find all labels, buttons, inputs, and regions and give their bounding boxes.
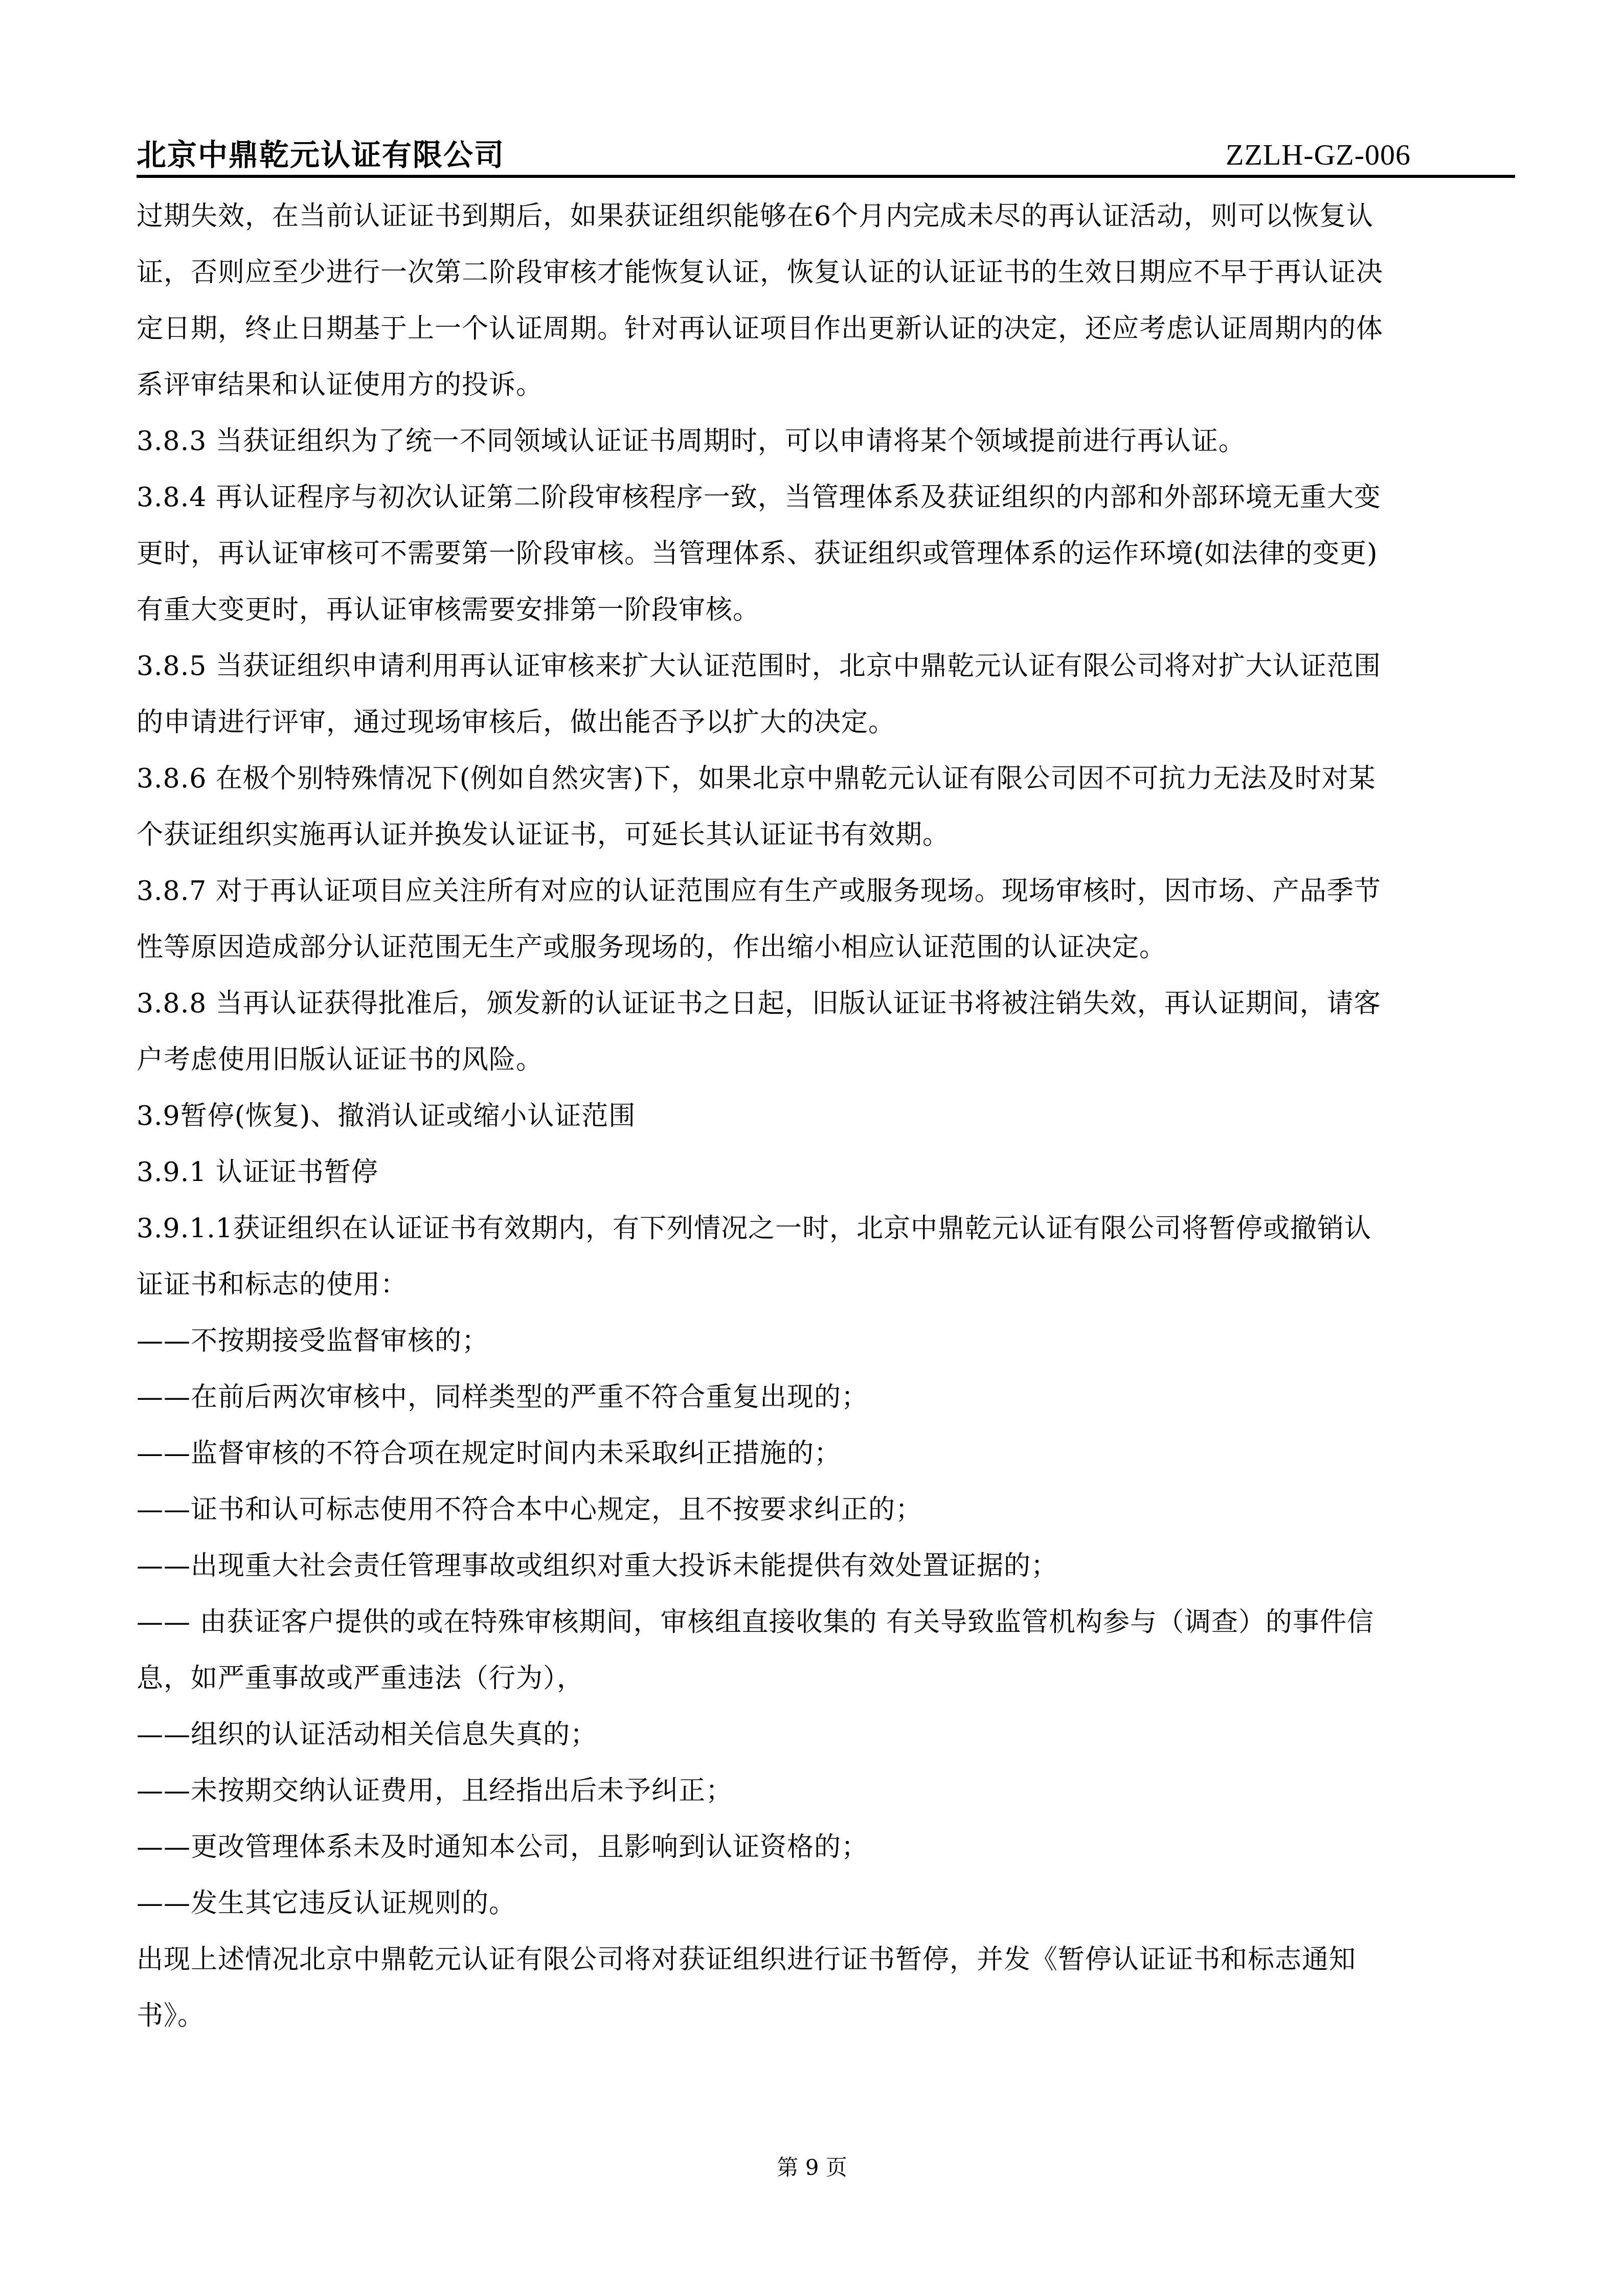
document-page: 北京中鼎乾元认证有限公司 ZZLH-GZ-006 过期失效，在当前认证证书到期后… — [0, 0, 1624, 2296]
section-heading-3-9: 3.9暂停(恢复)、撤消认证或缩小认证范围 — [137, 1088, 1517, 1144]
header-divider — [137, 175, 1515, 178]
list-item: ——出现重大社会责任管理事故或组织对重大投诉未能提供有效处置证据的； — [137, 1538, 1517, 1594]
paragraph-line: 系评审结果和认证使用方的投诉。 — [137, 357, 1517, 413]
paragraph-line: 户考虑使用旧版认证证书的风险。 — [137, 1032, 1517, 1088]
paragraph-line: 证证书和标志的使用： — [137, 1257, 1517, 1313]
page-header: 北京中鼎乾元认证有限公司 ZZLH-GZ-006 — [137, 132, 1515, 173]
list-item: ——发生其它违反认证规则的。 — [137, 1875, 1517, 1931]
header-document-code: ZZLH-GZ-006 — [1226, 137, 1411, 173]
clause-3-8-5: 3.8.5 当获证组织申请利用再认证审核来扩大认证范围时，北京中鼎乾元认证有限公… — [137, 638, 1517, 694]
clause-3-8-4: 3.8.4 再认证程序与初次认证第二阶段审核程序一致，当管理体系及获证组织的内部… — [137, 469, 1517, 526]
list-item: ——在前后两次审核中，同样类型的严重不符合重复出现的； — [137, 1369, 1517, 1425]
clause-3-8-3: 3.8.3 当获证组织为了统一不同领域认证证书周期时，可以申请将某个领域提前进行… — [137, 413, 1517, 469]
page-number: 第 9 页 — [0, 2150, 1624, 2186]
paragraph-line: 性等原因造成部分认证范围无生产或服务现场的，作出缩小相应认证范围的认证决定。 — [137, 919, 1517, 975]
document-body: 过期失效，在当前认证证书到期后，如果获证组织能够在6个月内完成未尽的再认证活动，… — [137, 188, 1517, 2044]
clause-3-8-7: 3.8.7 对于再认证项目应关注所有对应的认证范围应有生产或服务现场。现场审核时… — [137, 863, 1517, 919]
paragraph-line: 书》。 — [137, 1988, 1517, 2044]
list-item: ——监督审核的不符合项在规定时间内未采取纠正措施的； — [137, 1425, 1517, 1482]
paragraph-line: 息，如严重事故或严重违法（行为）， — [137, 1650, 1517, 1707]
paragraph-line: 证，否则应至少进行一次第二阶段审核才能恢复认证，恢复认证的认证证书的生效日期应不… — [137, 244, 1517, 301]
paragraph-line: 个获证组织实施再认证并换发认证证书，可延长其认证证书有效期。 — [137, 807, 1517, 863]
clause-3-9-1-1: 3.9.1.1获证组织在认证证书有效期内，有下列情况之一时，北京中鼎乾元认证有限… — [137, 1200, 1517, 1257]
list-item: —— 由获证客户提供的或在特殊审核期间，审核组直接收集的 有关导致监管机构参与（… — [137, 1594, 1517, 1650]
paragraph-line: 有重大变更时，再认证审核需要安排第一阶段审核。 — [137, 582, 1517, 638]
paragraph-line: 更时，再认证审核可不需要第一阶段审核。当管理体系、获证组织或管理体系的运作环境(… — [137, 526, 1517, 582]
section-heading-3-9-1: 3.9.1 认证证书暂停 — [137, 1144, 1517, 1200]
list-item: ——不按期接受监督审核的； — [137, 1313, 1517, 1369]
list-item: ——组织的认证活动相关信息失真的； — [137, 1707, 1517, 1763]
clause-3-8-8: 3.8.8 当再认证获得批准后，颁发新的认证证书之日起，旧版认证证书将被注销失效… — [137, 975, 1517, 1032]
paragraph-line: 定日期，终止日期基于上一个认证周期。针对再认证项目作出更新认证的决定，还应考虑认… — [137, 301, 1517, 357]
header-organization-name: 北京中鼎乾元认证有限公司 — [137, 137, 505, 173]
list-item: ——更改管理体系未及时通知本公司，且影响到认证资格的； — [137, 1819, 1517, 1875]
paragraph-line: 的申请进行评审，通过现场审核后，做出能否予以扩大的决定。 — [137, 694, 1517, 751]
list-item: ——证书和认可标志使用不符合本中心规定，且不按要求纠正的； — [137, 1482, 1517, 1538]
paragraph-line: 出现上述情况北京中鼎乾元认证有限公司将对获证组织进行证书暂停，并发《暂停认证证书… — [137, 1931, 1517, 1988]
paragraph-line: 过期失效，在当前认证证书到期后，如果获证组织能够在6个月内完成未尽的再认证活动，… — [137, 188, 1517, 244]
list-item: ——未按期交纳认证费用，且经指出后未予纠正； — [137, 1763, 1517, 1819]
clause-3-8-6: 3.8.6 在极个别特殊情况下(例如自然灾害)下，如果北京中鼎乾元认证有限公司因… — [137, 751, 1517, 807]
